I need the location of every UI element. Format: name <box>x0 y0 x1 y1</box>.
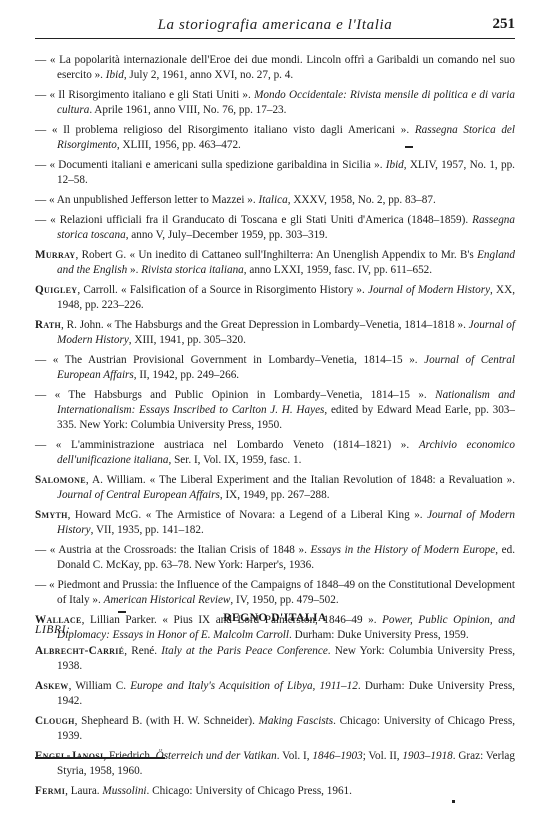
bibliography-entry: Rath, R. John. « The Habsburgs and the G… <box>35 318 515 348</box>
entry-text: « Il Risorgimento italiano e gli Stati U… <box>46 89 254 101</box>
entry-text: , II, 1942, pp. 249–266. <box>134 369 239 381</box>
entry-text: , Ser. I, Vol. IX, 1959, fasc. 1. <box>168 454 301 466</box>
bibliography-entry: Albrecht-Carrié, René. Italy at the Pari… <box>35 644 515 674</box>
entry-author: Smyth <box>35 509 68 521</box>
entry-title-italic: Mussolini <box>102 785 146 797</box>
bibliography-entry: — « The Austrian Provisional Government … <box>35 353 515 383</box>
entry-text: « An unpublished Jefferson letter to Maz… <box>46 194 258 206</box>
entry-text: , R. John. « The Habsburgs and the Great… <box>61 319 469 331</box>
scan-artifact <box>118 611 126 613</box>
entry-author: Askew <box>35 680 69 692</box>
entry-text: , William C. <box>69 680 131 692</box>
entry-text: , XIII, 1941, pp. 305–320. <box>129 334 246 346</box>
section-subhead: LIBRI: <box>35 624 71 636</box>
bibliography-entry: — « L'amministrazione austriaca nel Lomb… <box>35 438 515 468</box>
entry-author: — <box>35 544 46 556</box>
entry-text: « Documenti italiani e americani sulla s… <box>46 159 386 171</box>
entry-text: , IV, 1950, pp. 479–502. <box>230 594 338 606</box>
bibliography-articles: — « La popolarità internazionale dell'Er… <box>35 53 515 648</box>
entry-author: — <box>35 159 46 171</box>
entry-text: « The Habsburgs and Public Opinion in Lo… <box>46 389 435 401</box>
entry-text: , A. William. « The Liberal Experiment a… <box>86 474 515 486</box>
entry-text: , René. <box>124 645 161 657</box>
entry-author: Rath <box>35 319 61 331</box>
entry-author: Salomone <box>35 474 86 486</box>
entry-text: ». <box>127 264 141 276</box>
bibliography-entry: Engel-Janosi, Friedrich. Österreich und … <box>35 749 515 779</box>
scan-artifact <box>35 757 165 759</box>
entry-title-italic: 1903–1918 <box>402 750 452 762</box>
bibliography-entry: Askew, William C. Europe and Italy's Acq… <box>35 679 515 709</box>
entry-title-italic: American Historical Review <box>104 594 231 606</box>
entry-text: , XXXV, 1958, No. 2, pp. 83–87. <box>288 194 436 206</box>
bibliography-entry: Smyth, Howard McG. « The Armistice of No… <box>35 508 515 538</box>
entry-author: Murray <box>35 249 76 261</box>
entry-text: , July 2, 1961, anno XVI, no. 27, p. 4. <box>124 69 293 81</box>
entry-text: , VII, 1935, pp. 141–182. <box>91 524 204 536</box>
entry-author: — <box>35 194 46 206</box>
entry-author: Quigley <box>35 284 77 296</box>
entry-text: , Friedrich. <box>103 750 155 762</box>
entry-text: , anno LXXI, 1959, fasc. IV, pp. 611–652… <box>244 264 432 276</box>
entry-author: — <box>35 354 46 366</box>
bibliography-entry: Murray, Robert G. « Un inedito di Cattan… <box>35 248 515 278</box>
entry-title-italic: Essays in the History of Modern Europe <box>311 544 496 556</box>
entry-text: ; Vol. II, <box>363 750 403 762</box>
running-title: La storiografia americana e l'Italia <box>35 17 515 34</box>
entry-text: . Chicago: University of Chicago Press, … <box>147 785 352 797</box>
entry-title-italic: Journal of Modern History <box>368 284 490 296</box>
entry-text: « L'amministrazione austriaca nel Lombar… <box>46 439 419 451</box>
entry-author: Fermi <box>35 785 65 797</box>
entry-author: — <box>35 54 46 66</box>
entry-text: . Aprile 1961, anno VIII, No. 76, pp. 17… <box>89 104 286 116</box>
entry-author: — <box>35 214 46 226</box>
bibliography-entry: — « Il problema religioso del Risorgimen… <box>35 123 515 153</box>
entry-title-italic: 1846–1903 <box>312 750 362 762</box>
bibliography-books: Albrecht-Carrié, René. Italy at the Pari… <box>35 644 515 804</box>
entry-text: , IX, 1949, pp. 267–288. <box>220 489 330 501</box>
entry-text: . Durham: Duke University Press, 1959. <box>289 629 469 641</box>
bibliography-entry: — « An unpublished Jefferson letter to M… <box>35 193 515 208</box>
bibliography-entry: — « Documenti italiani e americani sulla… <box>35 158 515 188</box>
entry-author: Albrecht-Carrié <box>35 645 124 657</box>
bibliography-entry: — « Austria at the Crossroads: the Itali… <box>35 543 515 573</box>
entry-text: « Austria at the Crossroads: the Italian… <box>46 544 310 556</box>
section-title: REGNO D'ITALIA <box>0 612 550 624</box>
entry-text: , Laura. <box>65 785 102 797</box>
bibliography-entry: — « Piedmont and Prussia: the Influence … <box>35 578 515 608</box>
entry-author: — <box>35 439 46 451</box>
bibliography-entry: — « La popolarità internazionale dell'Er… <box>35 53 515 83</box>
entry-title-italic: Ibid <box>386 159 404 171</box>
entry-title-italic: Europe and Italy's Acquisition of Libya,… <box>130 680 358 692</box>
scan-artifact <box>405 146 413 148</box>
entry-title-italic: Österreich und der Vatikan <box>156 750 277 762</box>
entry-text: « Il problema religioso del Risorgimento… <box>46 124 415 136</box>
entry-author: — <box>35 124 46 136</box>
entry-text: , Robert G. « Un inedito di Cattaneo sul… <box>76 249 478 261</box>
entry-author: — <box>35 89 46 101</box>
entry-text: , Howard McG. « The Armistice of Novara:… <box>68 509 427 521</box>
entry-title-italic: Italica <box>259 194 288 206</box>
entry-text: . Vol. I, <box>277 750 313 762</box>
entry-text: , Shepheard B. (with H. W. Schneider). <box>75 715 259 727</box>
scan-artifact <box>452 800 455 803</box>
entry-text: « Relazioni ufficiali fra il Granducato … <box>46 214 472 226</box>
bibliography-entry: Clough, Shepheard B. (with H. W. Schneid… <box>35 714 515 744</box>
page-number: 251 <box>493 16 516 33</box>
entry-title-italic: Ibid <box>106 69 124 81</box>
entry-text: , Carroll. « Falsification of a Source i… <box>77 284 368 296</box>
entry-text: , anno V, July–December 1959, pp. 303–31… <box>126 229 328 241</box>
entry-author: Clough <box>35 715 75 727</box>
bibliography-entry: Fermi, Laura. Mussolini. Chicago: Univer… <box>35 784 515 799</box>
entry-title-italic: Making Fascists <box>259 715 334 727</box>
entry-title-italic: Journal of Central European Affairs <box>57 489 220 501</box>
bibliography-entry: — « Relazioni ufficiali fra il Granducat… <box>35 213 515 243</box>
entry-author: — <box>35 579 46 591</box>
book-page: La storiografia americana e l'Italia 251… <box>0 0 550 828</box>
entry-title-italic: Italy at the Paris Peace Conference <box>161 645 328 657</box>
bibliography-entry: — « The Habsburgs and Public Opinion in … <box>35 388 515 433</box>
entry-author: Engel-Janosi <box>35 750 103 762</box>
entry-text: « The Austrian Provisional Government in… <box>46 354 424 366</box>
entry-author: — <box>35 389 46 401</box>
entry-title-italic: Rivista storica italiana <box>141 264 244 276</box>
bibliography-entry: Quigley, Carroll. « Falsification of a S… <box>35 283 515 313</box>
running-header: La storiografia americana e l'Italia 251 <box>35 16 515 39</box>
bibliography-entry: — « Il Risorgimento italiano e gli Stati… <box>35 88 515 118</box>
entry-text: , XLIII, 1956, pp. 463–472. <box>117 139 241 151</box>
bibliography-entry: Salomone, A. William. « The Liberal Expe… <box>35 473 515 503</box>
